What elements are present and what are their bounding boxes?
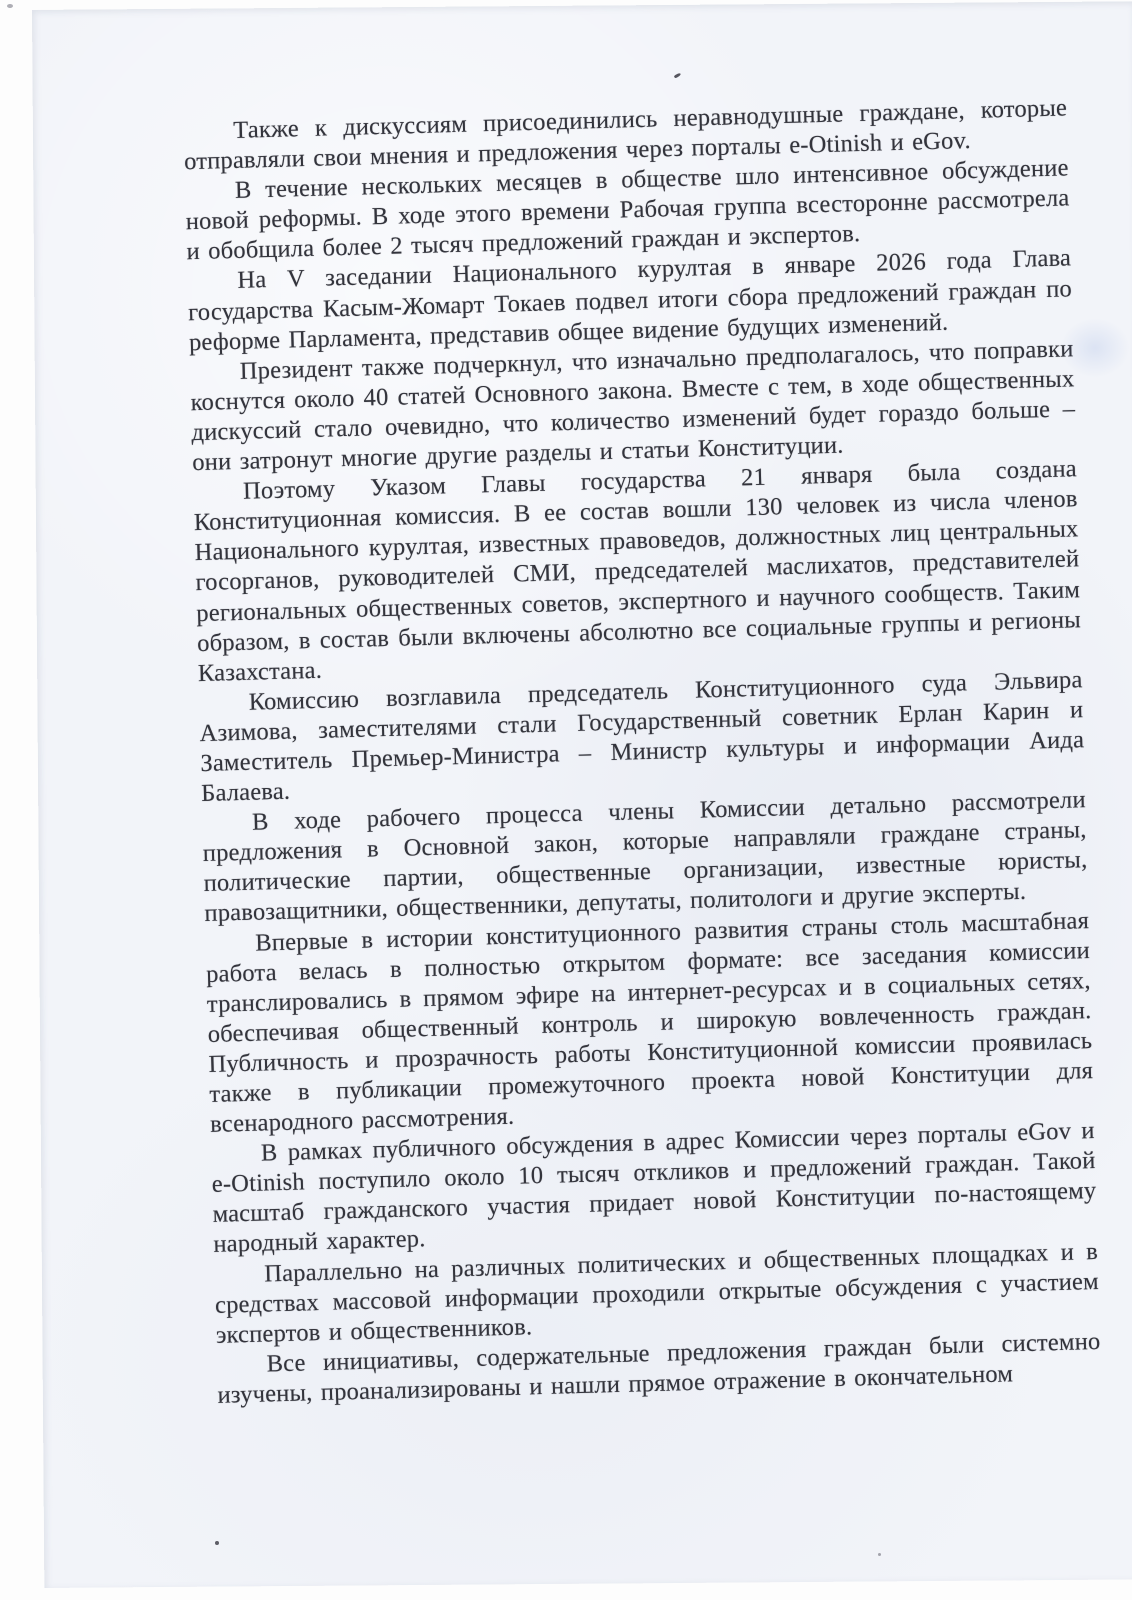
scan-speck xyxy=(878,1553,881,1556)
paragraph: Президент также подчеркнул, что изначаль… xyxy=(189,334,1076,478)
document-text: Также к дискуссиям присоединились неравн… xyxy=(183,93,1102,1410)
ink-smudge xyxy=(1060,318,1130,378)
paragraph: Поэтому Указом Главы государства 21 янва… xyxy=(193,454,1082,688)
paragraph: В рамках публичного обсуждения в адрес К… xyxy=(211,1116,1098,1260)
scanned-paper-sheet: Также к дискуссиям присоединились неравн… xyxy=(32,1,1132,1588)
scan-speck xyxy=(7,4,13,8)
scan-speck xyxy=(331,845,334,848)
paragraph: Комиссию возглавила председатель Констит… xyxy=(198,665,1085,809)
paragraph: В ходе рабочего процесса члены Комиссии … xyxy=(202,785,1089,929)
scan-speck xyxy=(215,1541,219,1545)
paragraph: Впервые в истории конституционного разви… xyxy=(205,906,1094,1140)
